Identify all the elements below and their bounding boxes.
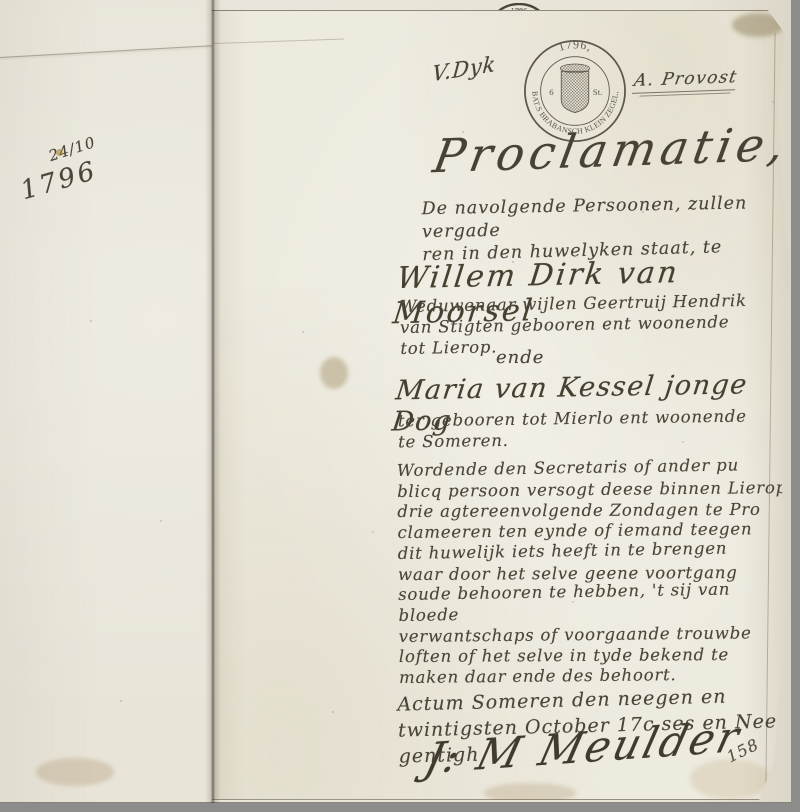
clerk-paraph: V.Dyk — [431, 52, 497, 87]
paper-stain — [690, 759, 770, 799]
stamp-denomination-value: 6 — [549, 87, 554, 97]
ink-blot — [320, 357, 348, 389]
open-register-book: 24/10 1796 1796 V.Dyk — [0, 0, 791, 803]
paper-specks — [212, 11, 214, 13]
paper-specks — [0, 0, 2, 2]
handwritten-line: verwantschaps of voorgaande trouwbe — [399, 623, 789, 648]
bride-details: ter gebooren tot Mierlo ent woonendete S… — [398, 406, 747, 453]
body-paragraph: Wordende den Secretaris of ander publicq… — [397, 457, 789, 689]
left-page-crease — [0, 45, 213, 58]
stamp-denomination-unit: St. — [593, 87, 603, 97]
ink-dot — [56, 149, 63, 156]
document-scan: 24/10 1796 1796 V.Dyk — [0, 0, 800, 812]
page-title: Proclamatie, — [429, 117, 793, 184]
inspector-signature: A. Provost — [632, 67, 739, 94]
margin-note-year: 1796 — [17, 156, 100, 206]
handwritten-line: drie agtereenvolgende Zondagen te Pro — [397, 500, 787, 523]
paper-stain — [36, 758, 114, 786]
proclamation-page: V.Dyk 1796, BAT.S BRABANSCH — [212, 10, 788, 800]
page-crease — [214, 38, 344, 44]
handwritten-line: loften of het selve in tyde bekend te — [399, 645, 789, 668]
stamp-shield — [561, 71, 588, 112]
handwritten-line: blicq persoon versogt deese binnen Liero… — [397, 478, 787, 503]
handwritten-line: te Someren. — [398, 427, 747, 453]
handwritten-line: soude behooren te hebben, 't sij van blo… — [398, 579, 789, 627]
connector-word: ende — [496, 347, 544, 368]
groom-details: Weduwenaar wijlen Geertruij Hendrikvan S… — [399, 290, 747, 359]
paper-stain — [732, 13, 784, 37]
stamp-year: 1796, — [557, 38, 594, 54]
paper-stain — [484, 783, 576, 803]
